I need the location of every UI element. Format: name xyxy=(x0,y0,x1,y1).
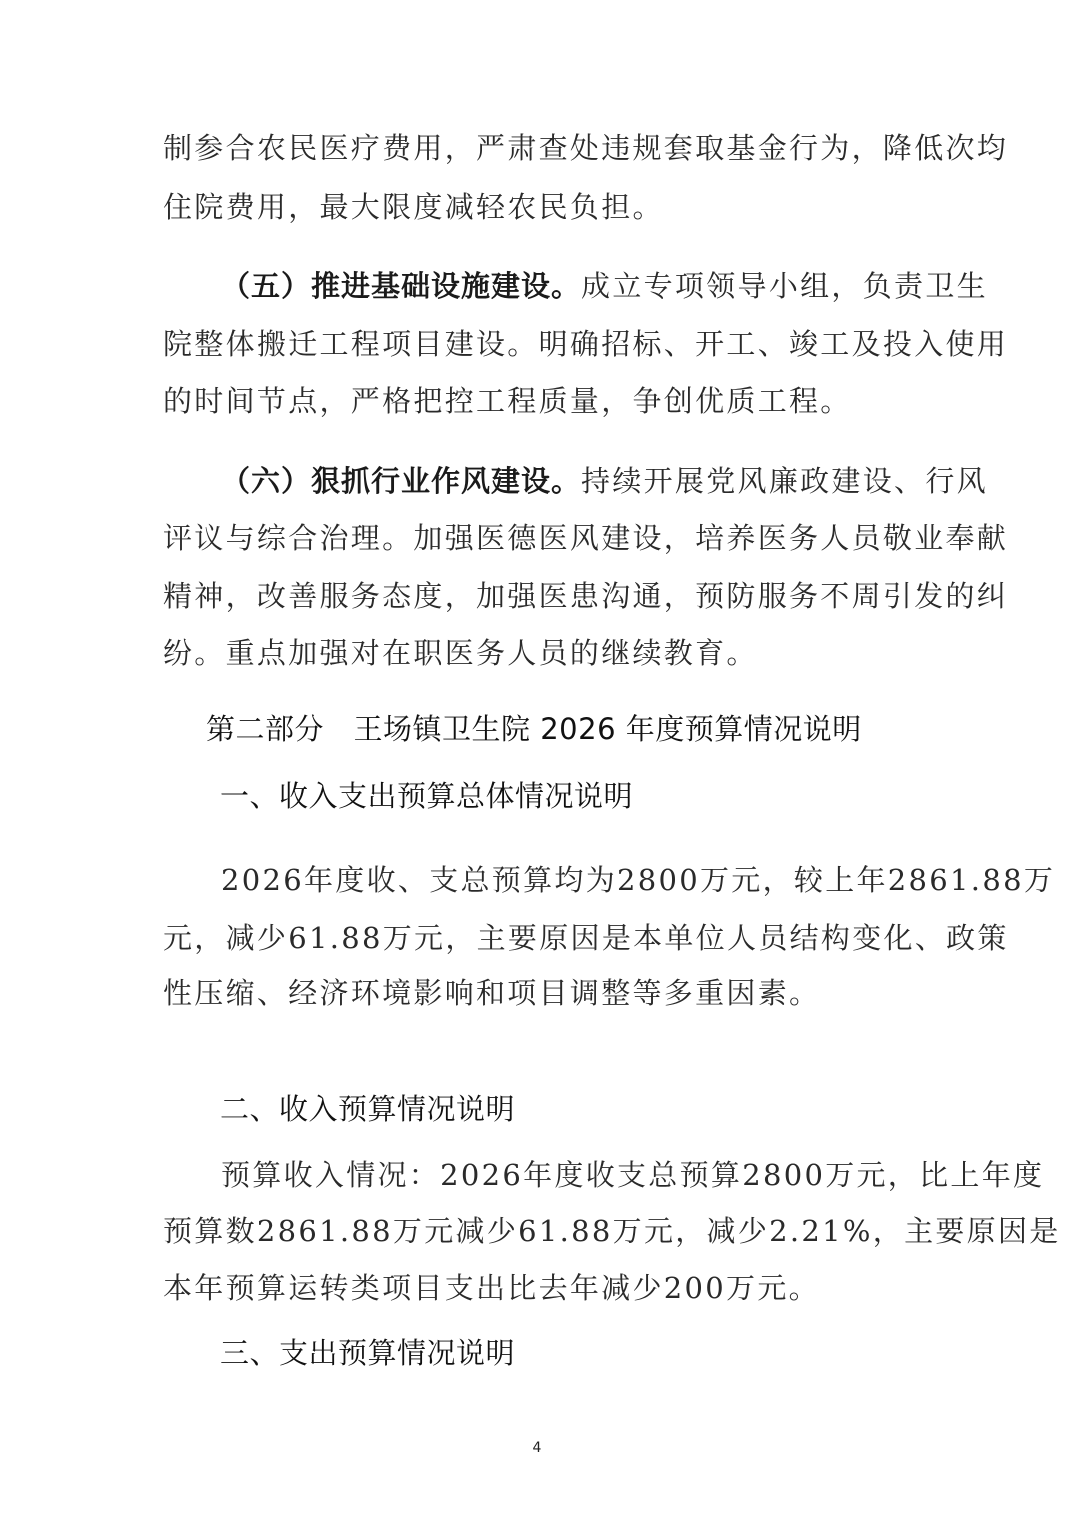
item-five-first-line: （五）推进基础设施建设。成立专项领导小组，负责卫生 xyxy=(221,266,986,306)
paragraph-line: 2026年度收、支总预算均为2800万元，较上年2861.88万 xyxy=(221,860,986,900)
page-number: 4 xyxy=(0,1440,1074,1456)
paragraph-line: 元，减少61.88万元，主要原因是本单位人员结构变化、政策 xyxy=(163,918,928,958)
paragraph-line: 纷。重点加强对在职医务人员的继续教育。 xyxy=(163,633,928,673)
item-six-text: 持续开展党风廉政建设、行风 xyxy=(581,464,988,498)
paragraph-line: 院整体搬迁工程项目建设。明确招标、开工、竣工及投入使用 xyxy=(163,324,928,364)
paragraph-line: 本年预算运转类项目支出比去年减少200万元。 xyxy=(163,1268,928,1308)
part-two-title: 第二部分 王场镇卫生院 2026 年度预算情况说明 xyxy=(206,709,862,749)
paragraph-line: 评议与综合治理。加强医德医风建设，培养医务人员敬业奉献 xyxy=(163,518,928,558)
paragraph-line: 预算数2861.88万元减少61.88万元，减少2.21%，主要原因是 xyxy=(163,1211,928,1251)
section-three-heading: 三、支出预算情况说明 xyxy=(220,1333,515,1373)
paragraph-line: 精神，改善服务态度，加强医患沟通，预防服务不周引发的纠 xyxy=(163,576,928,616)
paragraph-line: 预算收入情况：2026年度收支总预算2800万元，比上年度 xyxy=(221,1155,986,1195)
item-six-first-line: （六）狠抓行业作风建设。持续开展党风廉政建设、行风 xyxy=(221,461,986,501)
document-page: 制参合农民医疗费用，严肃查处违规套取基金行为，降低次均 住院费用，最大限度减轻农… xyxy=(0,0,1074,1520)
paragraph-line: 性压缩、经济环境影响和项目调整等多重因素。 xyxy=(163,973,928,1013)
section-one-heading: 一、收入支出预算总体情况说明 xyxy=(220,776,633,816)
paragraph-line: 的时间节点，严格把控工程质量，争创优质工程。 xyxy=(163,381,928,421)
item-six-lead: （六）狠抓行业作风建设。 xyxy=(221,464,581,498)
item-five-text: 成立专项领导小组，负责卫生 xyxy=(581,269,988,303)
section-two-heading: 二、收入预算情况说明 xyxy=(220,1089,515,1129)
paragraph-line: 住院费用，最大限度减轻农民负担。 xyxy=(163,187,928,227)
paragraph-line: 制参合农民医疗费用，严肃查处违规套取基金行为，降低次均 xyxy=(163,128,928,168)
item-five-lead: （五）推进基础设施建设。 xyxy=(221,269,581,303)
